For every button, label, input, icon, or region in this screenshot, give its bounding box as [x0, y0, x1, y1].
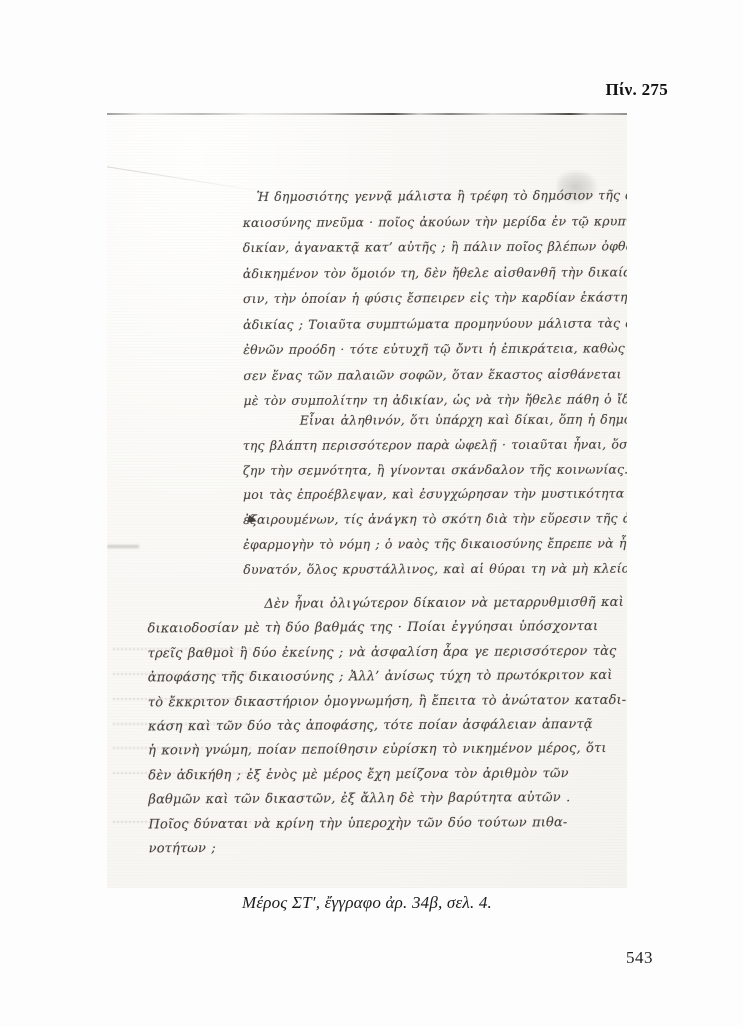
- manuscript-line: νοτήτων ;: [149, 835, 627, 862]
- manuscript-paragraph-2: Εἶναι ἀληθινόν, ὅτι ὑπάρχη καὶ δίκαι, ὅπ…: [243, 407, 627, 582]
- figure-caption: Μέρος ΣΤ′, ἔγγραφο ἀρ. 34β, σελ. 4.: [107, 893, 627, 913]
- manuscript-line: ἐξαιρουμένων, τίς ἀνάγκη τὸ σκότη διὰ τὴ…: [243, 506, 627, 532]
- manuscript-line: δὲν ἀδικήθη ; ἐξ ἑνὸς μὲ μέρος ἔχη μείζο…: [148, 761, 627, 788]
- plate-number-label: Πίν. 275: [606, 80, 669, 100]
- manuscript-line: ἀδικίας ; Τοιαῦτα συμπτώματα προμηνύουν …: [243, 310, 627, 337]
- manuscript-line: σεν ἕνας τῶν παλαιῶν σοφῶν, ὅταν ἕκαστος…: [243, 360, 627, 387]
- manuscript-line: της βλάπτη περισσότερον παρὰ ὠφελῇ · τοι…: [243, 432, 627, 458]
- manuscript-line: δικίαν, ἀγανακτᾷ κατ’ αὐτῆς ; ἢ πάλιν πο…: [243, 233, 627, 260]
- book-page: Πίν. 275 Ἡ δημοσιότης γεννᾷ μάλιστα ἢ τρ…: [0, 0, 743, 1027]
- manuscript-line: ἐθνῶν προόδη · τότε εὐτυχῆ τῷ ὄντι ἡ ἐπι…: [243, 335, 627, 362]
- manuscript-line: ζην τὴν σεμνότητα, ἢ γίνονται σκάνδαλον …: [243, 457, 627, 483]
- manuscript-line: ἡ κοινὴ γνώμη, ποίαν πεποίθησιν εὑρίσκη …: [148, 737, 627, 764]
- manuscript-paragraph-1: Ἡ δημοσιότης γεννᾷ μάλιστα ἢ τρέφη τὸ δη…: [243, 182, 627, 413]
- manuscript-line: δικαιοδοσίαν μὲ τὴ δύο βαθμάς της · Ποία…: [147, 615, 627, 642]
- manuscript-line: καιοσύνης πνεῦμα · ποῖος ἀκούων τὴν μερί…: [243, 208, 627, 235]
- manuscript-line: Εἶναι ἀληθινόν, ὅτι ὑπάρχη καὶ δίκαι, ὅπ…: [243, 407, 627, 433]
- page-number: 543: [626, 948, 653, 968]
- manuscript-line: Ποῖος δύναται νὰ κρίνη τὴν ὑπεροχὴν τῶν …: [148, 810, 627, 837]
- manuscript-line: δυνατόν, ὅλος κρυστάλλινος, καὶ αἱ θύραι…: [243, 556, 627, 582]
- manuscript-line: τὸ ἔκκριτον δικαστήριον ὁμογνωμήση, ἢ ἔπ…: [148, 688, 627, 715]
- manuscript-photo: Ἡ δημοσιότης γεννᾷ μάλιστα ἢ τρέφη τὸ δη…: [107, 113, 627, 888]
- manuscript-line: ἐφαρμογὴν τὸ νόμη ; ὁ ναὸς τῆς δικαιοσύν…: [243, 531, 627, 557]
- manuscript-line: βαθμῶν καὶ τῶν δικαστῶν, ἐξ ἄλλη δὲ τὴν …: [148, 786, 627, 813]
- manuscript-line: σιν, τὴν ὁποίαν ἡ φύσις ἔσπειρεν εἰς τὴν…: [243, 284, 627, 311]
- manuscript-paragraph-3: Δὲν ἦναι ὀλιγώτερον δίκαιον νὰ μεταρρυθμ…: [147, 591, 627, 862]
- manuscript-line: μοι τὰς ἐπροέβλεψαν, καὶ ἐσυγχώρησαν τὴν…: [243, 482, 627, 508]
- manuscript-line: κάση καὶ τῶν δύο τὰς ἀποφάσης, τότε ποία…: [148, 713, 627, 740]
- manuscript-line: ἀδικημένον τὸν ὅμοιόν τη, δὲν ἤθελε αἰσθ…: [243, 259, 627, 286]
- manuscript-line: Δὲν ἦναι ὀλιγώτερον δίκαιον νὰ μεταρρυθμ…: [147, 591, 627, 618]
- manuscript-line: τρεῖς βαθμοὶ ἢ δύο ἐκείνης ; νὰ ἀσφαλίση…: [148, 639, 627, 666]
- manuscript-line: Ἡ δημοσιότης γεννᾷ μάλιστα ἢ τρέφη τὸ δη…: [243, 182, 627, 209]
- left-margin-smudge: [107, 545, 139, 548]
- photo-top-edge-shadow: [107, 113, 627, 115]
- manuscript-line: ἀποφάσης τῆς δικαιοσύνης ; Ἀλλ’ ἀνίσως τ…: [148, 664, 627, 691]
